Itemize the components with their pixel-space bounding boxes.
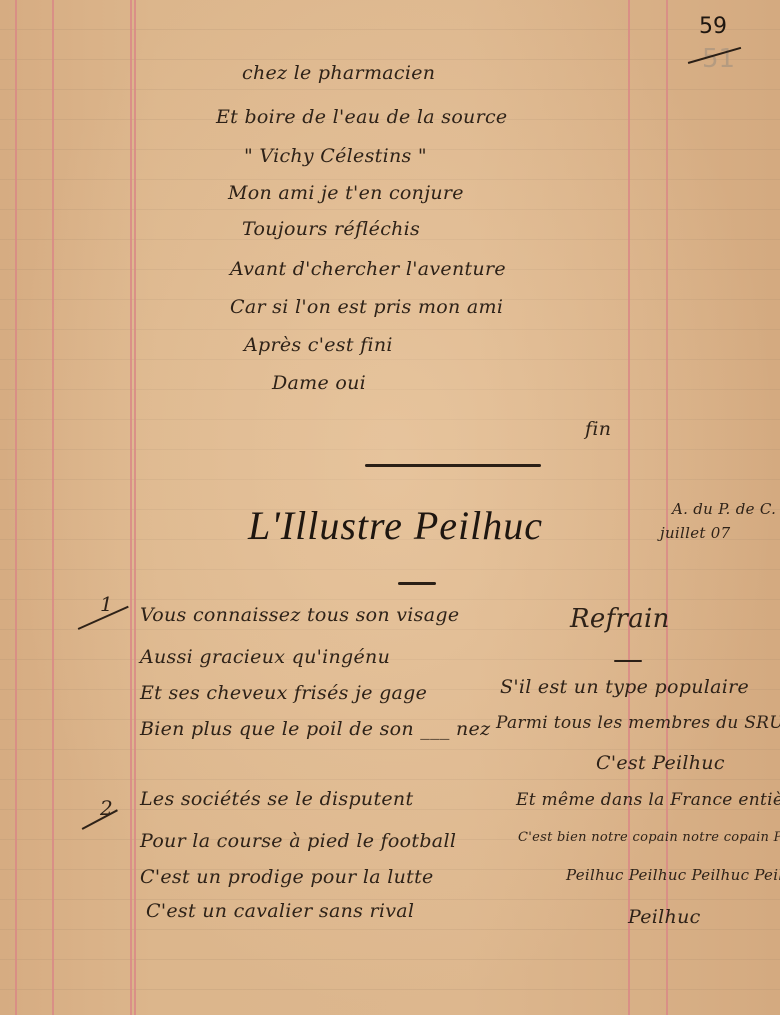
lyric-line: Aussi gracieux qu'ingénu [140, 646, 390, 668]
song-title: L'Illustre Peilhuc [248, 502, 543, 549]
lyric-line: Parmi tous les membres du SRUC [496, 713, 780, 733]
old-page-number: 51 [702, 44, 735, 74]
refrain-underline [614, 660, 642, 662]
lyric-line: Peilhuc [628, 906, 701, 928]
lyric-line: S'il est un type populaire [500, 676, 749, 698]
song-annotation-date: juillet 07 [660, 524, 730, 542]
lyric-line: C'est bien notre copain notre copain Pei… [518, 830, 780, 845]
lyric-line: Après c'est fini [244, 334, 393, 356]
lyric-line: C'est un prodige pour la lutte [140, 866, 434, 888]
margin-line [130, 0, 132, 1015]
lyric-line: Pour la course à pied le football [140, 830, 456, 852]
lyric-line: Et même dans la France entière [516, 790, 780, 810]
lyric-line: Les sociétés se le disputent [140, 788, 413, 810]
separator-rule [365, 464, 541, 467]
lyric-line: Vous connaissez tous son visage [140, 604, 459, 626]
song-annotation-author: A. du P. de C. [672, 500, 776, 518]
margin-line [134, 0, 136, 1015]
lyric-line: Peilhuc Peilhuc Peilhuc Peilhuc [566, 866, 780, 884]
lyric-line: Dame oui [272, 372, 366, 394]
lyric-line: " Vichy Célestins " [244, 145, 427, 167]
lyric-line: chez le pharmacien [242, 62, 435, 84]
notebook-page: 51 59 chez le pharmacien Et boire de l'e… [0, 0, 780, 1015]
lyric-line: Toujours réfléchis [242, 218, 420, 240]
lyric-line: Bien plus que le poil de son ___ nez [140, 718, 490, 740]
lyric-line: Car si l'on est pris mon ami [230, 296, 503, 318]
page-number: 59 [699, 14, 727, 39]
lyric-line: C'est un cavalier sans rival [146, 900, 414, 922]
refrain-heading: Refrain [570, 604, 670, 634]
lyric-line: Et ses cheveux frisés je gage [140, 682, 427, 704]
lyric-line: Mon ami je t'en conjure [228, 182, 464, 204]
lyric-line: Avant d'chercher l'aventure [230, 258, 506, 280]
margin-line [666, 0, 668, 1015]
margin-line [15, 0, 17, 1015]
title-underline [398, 582, 436, 585]
lyric-line: Et boire de l'eau de la source [216, 106, 507, 128]
lyric-line: C'est Peilhuc [596, 752, 725, 774]
margin-line [628, 0, 630, 1015]
margin-line [52, 0, 54, 1015]
end-mark: fin [585, 418, 611, 440]
